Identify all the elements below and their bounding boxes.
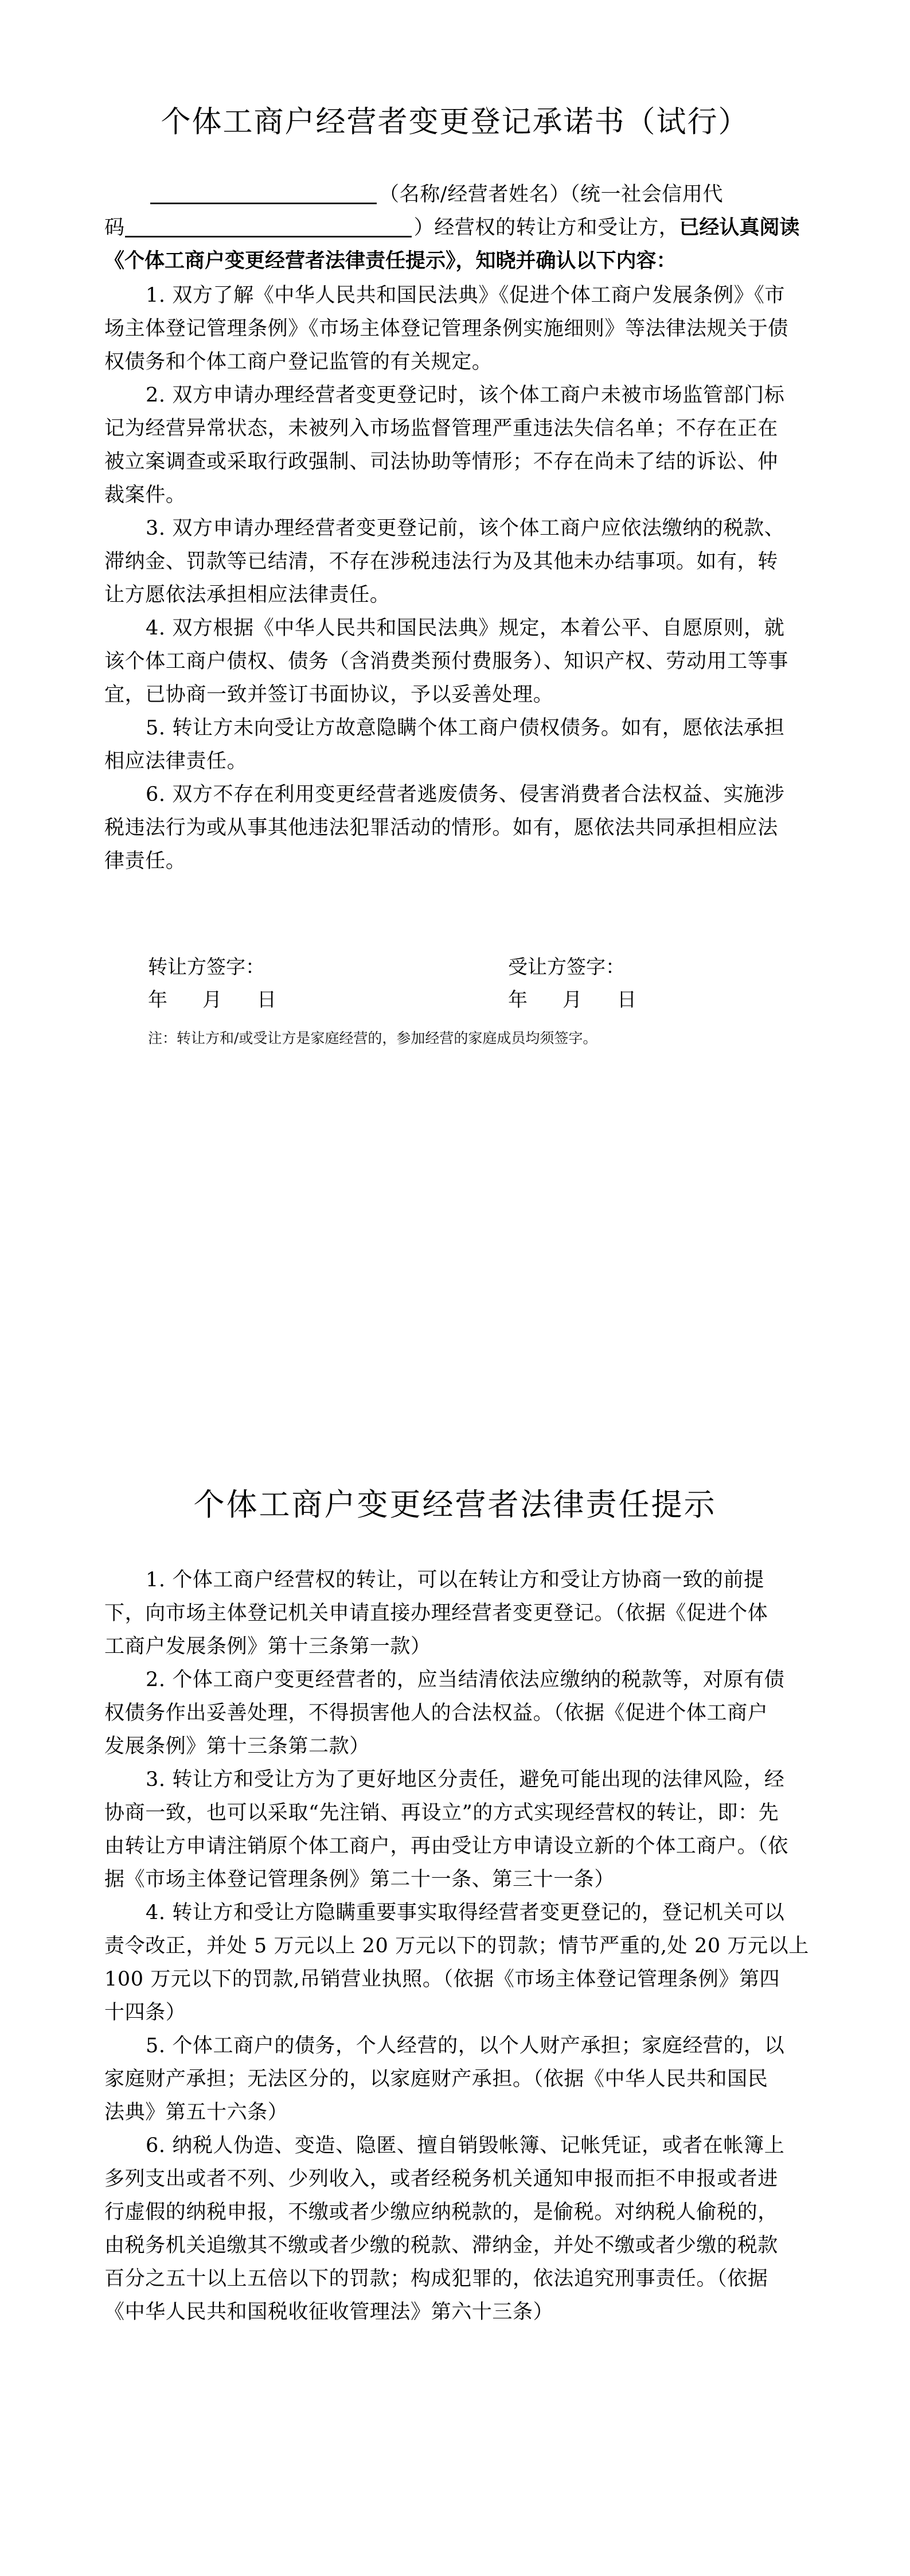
transferee-date[interactable]: 年月日 xyxy=(508,985,636,1015)
item-line: 多列支出或者不列、少列收入，或者经税务机关通知申报而拒不申报或者进 xyxy=(104,2162,805,2196)
family-signature-note: 注：转让方和/或受让方是家庭经营的，参加经营的家庭成员均须签字。 xyxy=(148,1027,597,1050)
item-line: 100 万元以下的罚款,吊销营业执照。（依据《市场主体登记管理条例》第四 xyxy=(104,1963,805,1996)
item-line: 1. 双方了解《中华人民共和国民法典》《促进个体工商户发展条例》《市 xyxy=(104,279,805,312)
item-line: 宜，已协商一致并签订书面协议，予以妥善处理。 xyxy=(104,678,805,711)
transferee-signature-label[interactable]: 受让方签字： xyxy=(508,952,625,982)
item-line: 滞纳金、罚款等已结清，不存在涉税违法行为及其他未办结事项。如有，转 xyxy=(104,545,805,578)
item-line: 百分之五十以上五倍以下的罚款；构成犯罪的，依法追究刑事责任。（依据 xyxy=(104,2262,805,2295)
item-line: 法典》第五十六条） xyxy=(104,2096,805,2129)
date-day-label: 日 xyxy=(257,985,276,1015)
item-line: 家庭财产承担；无法区分的，以家庭财产承担。（依据《中华人民共和国民 xyxy=(104,2063,805,2096)
notice-items: 1. 个体工商户经营权的转让，可以在转让方和受让方协商一致的前提 下，向市场主体… xyxy=(104,1563,805,2329)
item-line: 行虚假的纳税申报，不缴或者少缴应纳税款的，是偷税。对纳税人偷税的， xyxy=(104,2196,805,2229)
commitment-item-4: 4. 双方根据《中华人民共和国民法典》规定，本着公平、自愿原则，就 该个体工商户… xyxy=(104,612,805,711)
item-line: 据《市场主体登记管理条例》第二十一条、第三十一条） xyxy=(104,1863,805,1896)
item-line: 1. 个体工商户经营权的转让，可以在转让方和受让方协商一致的前提 xyxy=(104,1563,805,1597)
commitment-item-5: 5. 转让方未向受让方故意隐瞒个体工商户债权债务。如有，愿依法承担 相应法律责任… xyxy=(104,711,805,778)
item-line: 税违法行为或从事其他违法犯罪活动的情形。如有，愿依法共同承担相应法 xyxy=(104,811,805,845)
date-year-label: 年 xyxy=(148,985,202,1015)
item-line: 4. 双方根据《中华人民共和国民法典》规定，本着公平、自愿原则，就 xyxy=(104,612,805,645)
commitment-item-1: 1. 双方了解《中华人民共和国民法典》《促进个体工商户发展条例》《市 场主体登记… xyxy=(104,279,805,379)
intro-line-3-bold: 《个体工商户变更经营者法律责任提示》，知晓并确认以下内容： xyxy=(104,244,805,278)
name-blank-field[interactable] xyxy=(150,180,377,204)
intro-line-2-bold: 已经认真阅读 xyxy=(679,216,799,239)
notice-item-5: 5. 个体工商户的债务，个人经营的，以个人财产承担；家庭经营的，以 家庭财产承担… xyxy=(104,2029,805,2129)
item-line: 权债务作出妥善处理，不得损害他人的合法权益。（依据《促进个体工商户 xyxy=(104,1696,805,1730)
item-line: 工商户发展条例》第十三条第一款） xyxy=(104,1630,805,1663)
item-line: 由税务机关追缴其不缴或者少缴的税款、滞纳金，并处不缴或者少缴的税款 xyxy=(104,2229,805,2262)
commitment-item-2: 2. 双方申请办理经营者变更登记时，该个体工商户未被市场监管部门标 记为经营异常… xyxy=(104,379,805,512)
notice-item-2: 2. 个体工商户变更经营者的，应当结清依法应缴纳的税款等，对原有债 权债务作出妥… xyxy=(104,1663,805,1763)
item-line: 记为经营异常状态，未被列入市场监督管理严重违法失信名单；不存在正在 xyxy=(104,412,805,445)
item-line: 裁案件。 xyxy=(104,478,805,512)
item-line: 责令改正，并处 5 万元以上 20 万元以下的罚款；情节严重的,处 20 万元以… xyxy=(104,1929,805,1963)
item-line: 《中华人民共和国税收征收管理法》第六十三条） xyxy=(104,2295,805,2329)
commitment-item-3: 3. 双方申请办理经营者变更登记前，该个体工商户应依法缴纳的税款、 滞纳金、罚款… xyxy=(104,512,805,612)
item-line: 6. 纳税人伪造、变造、隐匿、擅自销毁帐簿、记帐凭证，或者在帐簿上 xyxy=(104,2129,805,2162)
item-line: 2. 个体工商户变更经营者的，应当结清依法应缴纳的税款等，对原有债 xyxy=(104,1663,805,1696)
date-day-label: 日 xyxy=(617,985,636,1015)
item-line: 4. 转让方和受让方隐瞒重要事实取得经营者变更登记的，登记机关可以 xyxy=(104,1896,805,1929)
item-line: 被立案调查或采取行政强制、司法协助等情形；不存在尚未了结的诉讼、仲 xyxy=(104,445,805,478)
commitment-letter-title: 个体工商户经营者变更登记承诺书（试行） xyxy=(0,98,910,141)
item-line: 5. 转让方未向受让方故意隐瞒个体工商户债权债务。如有，愿依法承担 xyxy=(104,711,805,745)
date-year-label: 年 xyxy=(508,985,563,1015)
item-line: 由转让方申请注销原个体工商户，再由受让方申请设立新的个体工商户。（依 xyxy=(104,1830,805,1863)
notice-item-3: 3. 转让方和受让方为了更好地区分责任，避免可能出现的法律风险，经 协商一致，也… xyxy=(104,1763,805,1896)
item-line: 2. 双方申请办理经营者变更登记时，该个体工商户未被市场监管部门标 xyxy=(104,379,805,412)
credit-code-blank-field[interactable] xyxy=(125,213,412,238)
item-line: 3. 转让方和受让方为了更好地区分责任，避免可能出现的法律风险，经 xyxy=(104,1763,805,1796)
date-row: 年月日 年月日 xyxy=(148,985,779,1015)
item-line: 6. 双方不存在利用变更经营者逃废债务、侵害消费者合法权益、实施涉 xyxy=(104,778,805,811)
transferor-date[interactable]: 年月日 xyxy=(148,985,276,1015)
notice-item-4: 4. 转让方和受让方隐瞒重要事实取得经营者变更登记的，登记机关可以 责令改正，并… xyxy=(104,1896,805,2029)
legal-liability-notice-title: 个体工商户变更经营者法律责任提示 xyxy=(0,1480,910,1524)
commitment-item-6: 6. 双方不存在利用变更经营者逃废债务、侵害消费者合法权益、实施涉 税违法行为或… xyxy=(104,778,805,878)
item-line: 3. 双方申请办理经营者变更登记前，该个体工商户应依法缴纳的税款、 xyxy=(104,512,805,545)
item-line: 发展条例》第十三条第二款） xyxy=(104,1730,805,1763)
transferor-signature-label[interactable]: 转让方签字： xyxy=(148,952,265,982)
intro-line-2: 码）经营权的转让方和受让方，已经认真阅读 xyxy=(104,211,805,244)
intro-line-2-prefix: 码 xyxy=(104,216,125,239)
commitment-intro: （名称/经营者姓名）（统一社会信用代 码）经营权的转让方和受让方，已经认真阅读 … xyxy=(104,178,805,278)
item-line: 让方愿依法承担相应法律责任。 xyxy=(104,578,805,612)
item-line: 十四条） xyxy=(104,1996,805,2029)
item-line: 场主体登记管理条例》《市场主体登记管理条例实施细则》等法律法规关于债 xyxy=(104,312,805,345)
item-line: 权债务和个体工商户登记监管的有关规定。 xyxy=(104,345,805,379)
item-line: 5. 个体工商户的债务，个人经营的，以个人财产承担；家庭经营的，以 xyxy=(104,2029,805,2063)
item-line: 相应法律责任。 xyxy=(104,745,805,778)
date-month-label: 月 xyxy=(563,985,617,1015)
commitment-items: 1. 双方了解《中华人民共和国民法典》《促进个体工商户发展条例》《市 场主体登记… xyxy=(104,279,805,878)
item-line: 协商一致，也可以采取“先注销、再设立”的方式实现经营权的转让，即：先 xyxy=(104,1796,805,1830)
item-line: 该个体工商户债权、债务（含消费类预付费服务）、知识产权、劳动用工等事 xyxy=(104,645,805,678)
signature-row: 转让方签字： 受让方签字： xyxy=(148,952,779,982)
item-line: 律责任。 xyxy=(104,845,805,878)
intro-line-1-text: （名称/经营者姓名）（统一社会信用代 xyxy=(379,183,723,206)
item-line: 下，向市场主体登记机关申请直接办理经营者变更登记。（依据《促进个体 xyxy=(104,1597,805,1630)
intro-line-2-text: ）经营权的转让方和受让方， xyxy=(414,216,679,239)
date-month-label: 月 xyxy=(202,985,257,1015)
notice-item-6: 6. 纳税人伪造、变造、隐匿、擅自销毁帐簿、记帐凭证，或者在帐簿上 多列支出或者… xyxy=(104,2129,805,2329)
intro-line-1: （名称/经营者姓名）（统一社会信用代 xyxy=(104,178,805,211)
notice-item-1: 1. 个体工商户经营权的转让，可以在转让方和受让方协商一致的前提 下，向市场主体… xyxy=(104,1563,805,1663)
